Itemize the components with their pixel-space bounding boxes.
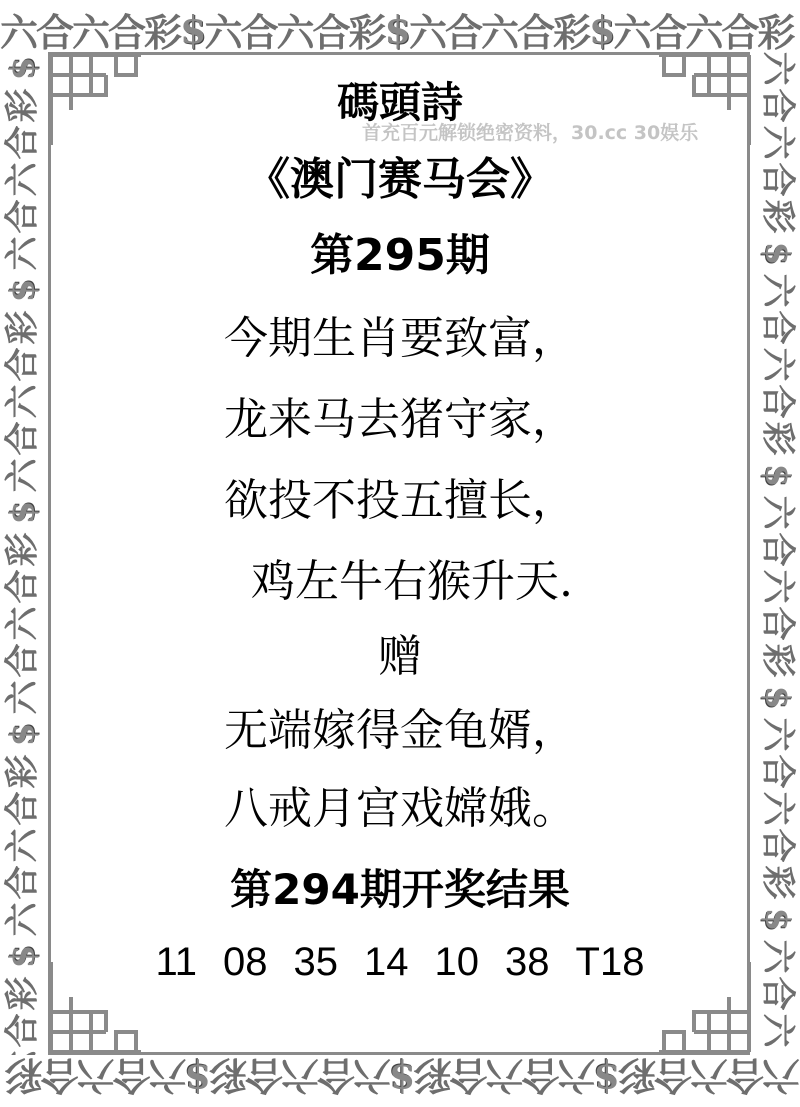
poem: 今期生肖要致富， 龙来马去猪守家， 欲投不投五擅长， 鸡左牛右猴升天. <box>60 298 740 622</box>
dollar-sign-icon: $ <box>596 1058 620 1100</box>
gift-label: 赠 <box>60 622 740 692</box>
border-left-band: $ 彩合六合六 $ 彩合六合六 $ 彩合六合六 $ 彩合六合六 $ 彩合六 <box>2 50 44 1055</box>
dollar-sign-icon: $ <box>4 501 41 525</box>
border-bottom-band: 六合六合彩 $ 六合六合彩 $ 六合六合彩 $ 六合六合彩 <box>0 1058 800 1100</box>
border-text: 六合六合彩 <box>0 8 180 50</box>
subtitle: 《澳门赛马会》 <box>60 150 740 210</box>
border-text: 六合六合彩 <box>7 1058 187 1100</box>
dollar-sign-icon: $ <box>4 57 41 81</box>
border-text: 六合六合彩 <box>416 1058 596 1100</box>
dollar-sign-icon: $ <box>589 8 613 50</box>
border-text: 六合六合彩 <box>211 1058 391 1100</box>
gift-line: 无端嫁得金龟婿， <box>60 692 740 770</box>
gift-line: 八戒月宫戏嫦娥。 <box>60 770 740 848</box>
border-right-band: 六合六合彩 $ 六合六合彩 $ 六合六合彩 $ 六合六合彩 $ 六合六 <box>756 50 798 1055</box>
dollar-sign-icon: $ <box>384 8 408 50</box>
dollar-sign-icon: $ <box>758 686 795 710</box>
dollar-sign-icon: $ <box>180 8 204 50</box>
border-text: 六合六合彩 <box>204 8 384 50</box>
result-numbers: 11 08 35 14 10 38 T18 <box>60 922 740 1002</box>
result-number: 14 <box>364 922 409 1002</box>
main-content: 碼頭詩 《澳门赛马会》 第295期 今期生肖要致富， 龙来马去猪守家， 欲投不投… <box>60 70 740 1002</box>
result-number: 35 <box>294 922 339 1002</box>
dollar-sign-icon: $ <box>187 1058 211 1100</box>
dollar-sign-icon: $ <box>4 279 41 303</box>
result-title: 第294期开奖结果 <box>60 860 740 920</box>
dollar-sign-icon: $ <box>758 908 795 932</box>
result-number: 11 <box>156 922 198 1002</box>
border-text: 六合六合彩 <box>409 8 589 50</box>
poem-line: 龙来马去猪守家， <box>60 379 740 460</box>
gift-section: 赠 无端嫁得金龟婿， 八戒月宫戏嫦娥。 <box>60 622 740 848</box>
result-number: 10 <box>435 922 480 1002</box>
dollar-sign-icon: $ <box>4 945 41 969</box>
dollar-sign-icon: $ <box>758 464 795 488</box>
border-top-band: 六合六合彩 $ 六合六合彩 $ 六合六合彩 $ 六合六合彩 <box>0 8 800 50</box>
page-title: 碼頭詩 <box>60 78 740 128</box>
dollar-sign-icon: $ <box>4 723 41 747</box>
poem-line: 今期生肖要致富， <box>60 298 740 379</box>
poem-line: 鸡左牛右猴升天. <box>60 541 740 622</box>
border-text: 六合六合彩 <box>620 1058 800 1100</box>
poem-line: 欲投不投五擅长， <box>60 460 740 541</box>
special-number: T18 <box>576 922 645 1002</box>
issue-number: 第295期 <box>60 226 740 286</box>
result-number: 38 <box>505 922 550 1002</box>
dollar-sign-icon: $ <box>758 242 795 266</box>
result-number: 08 <box>223 922 268 1002</box>
border-text: 六合六合彩 <box>613 8 793 50</box>
dollar-sign-icon: $ <box>391 1058 415 1100</box>
